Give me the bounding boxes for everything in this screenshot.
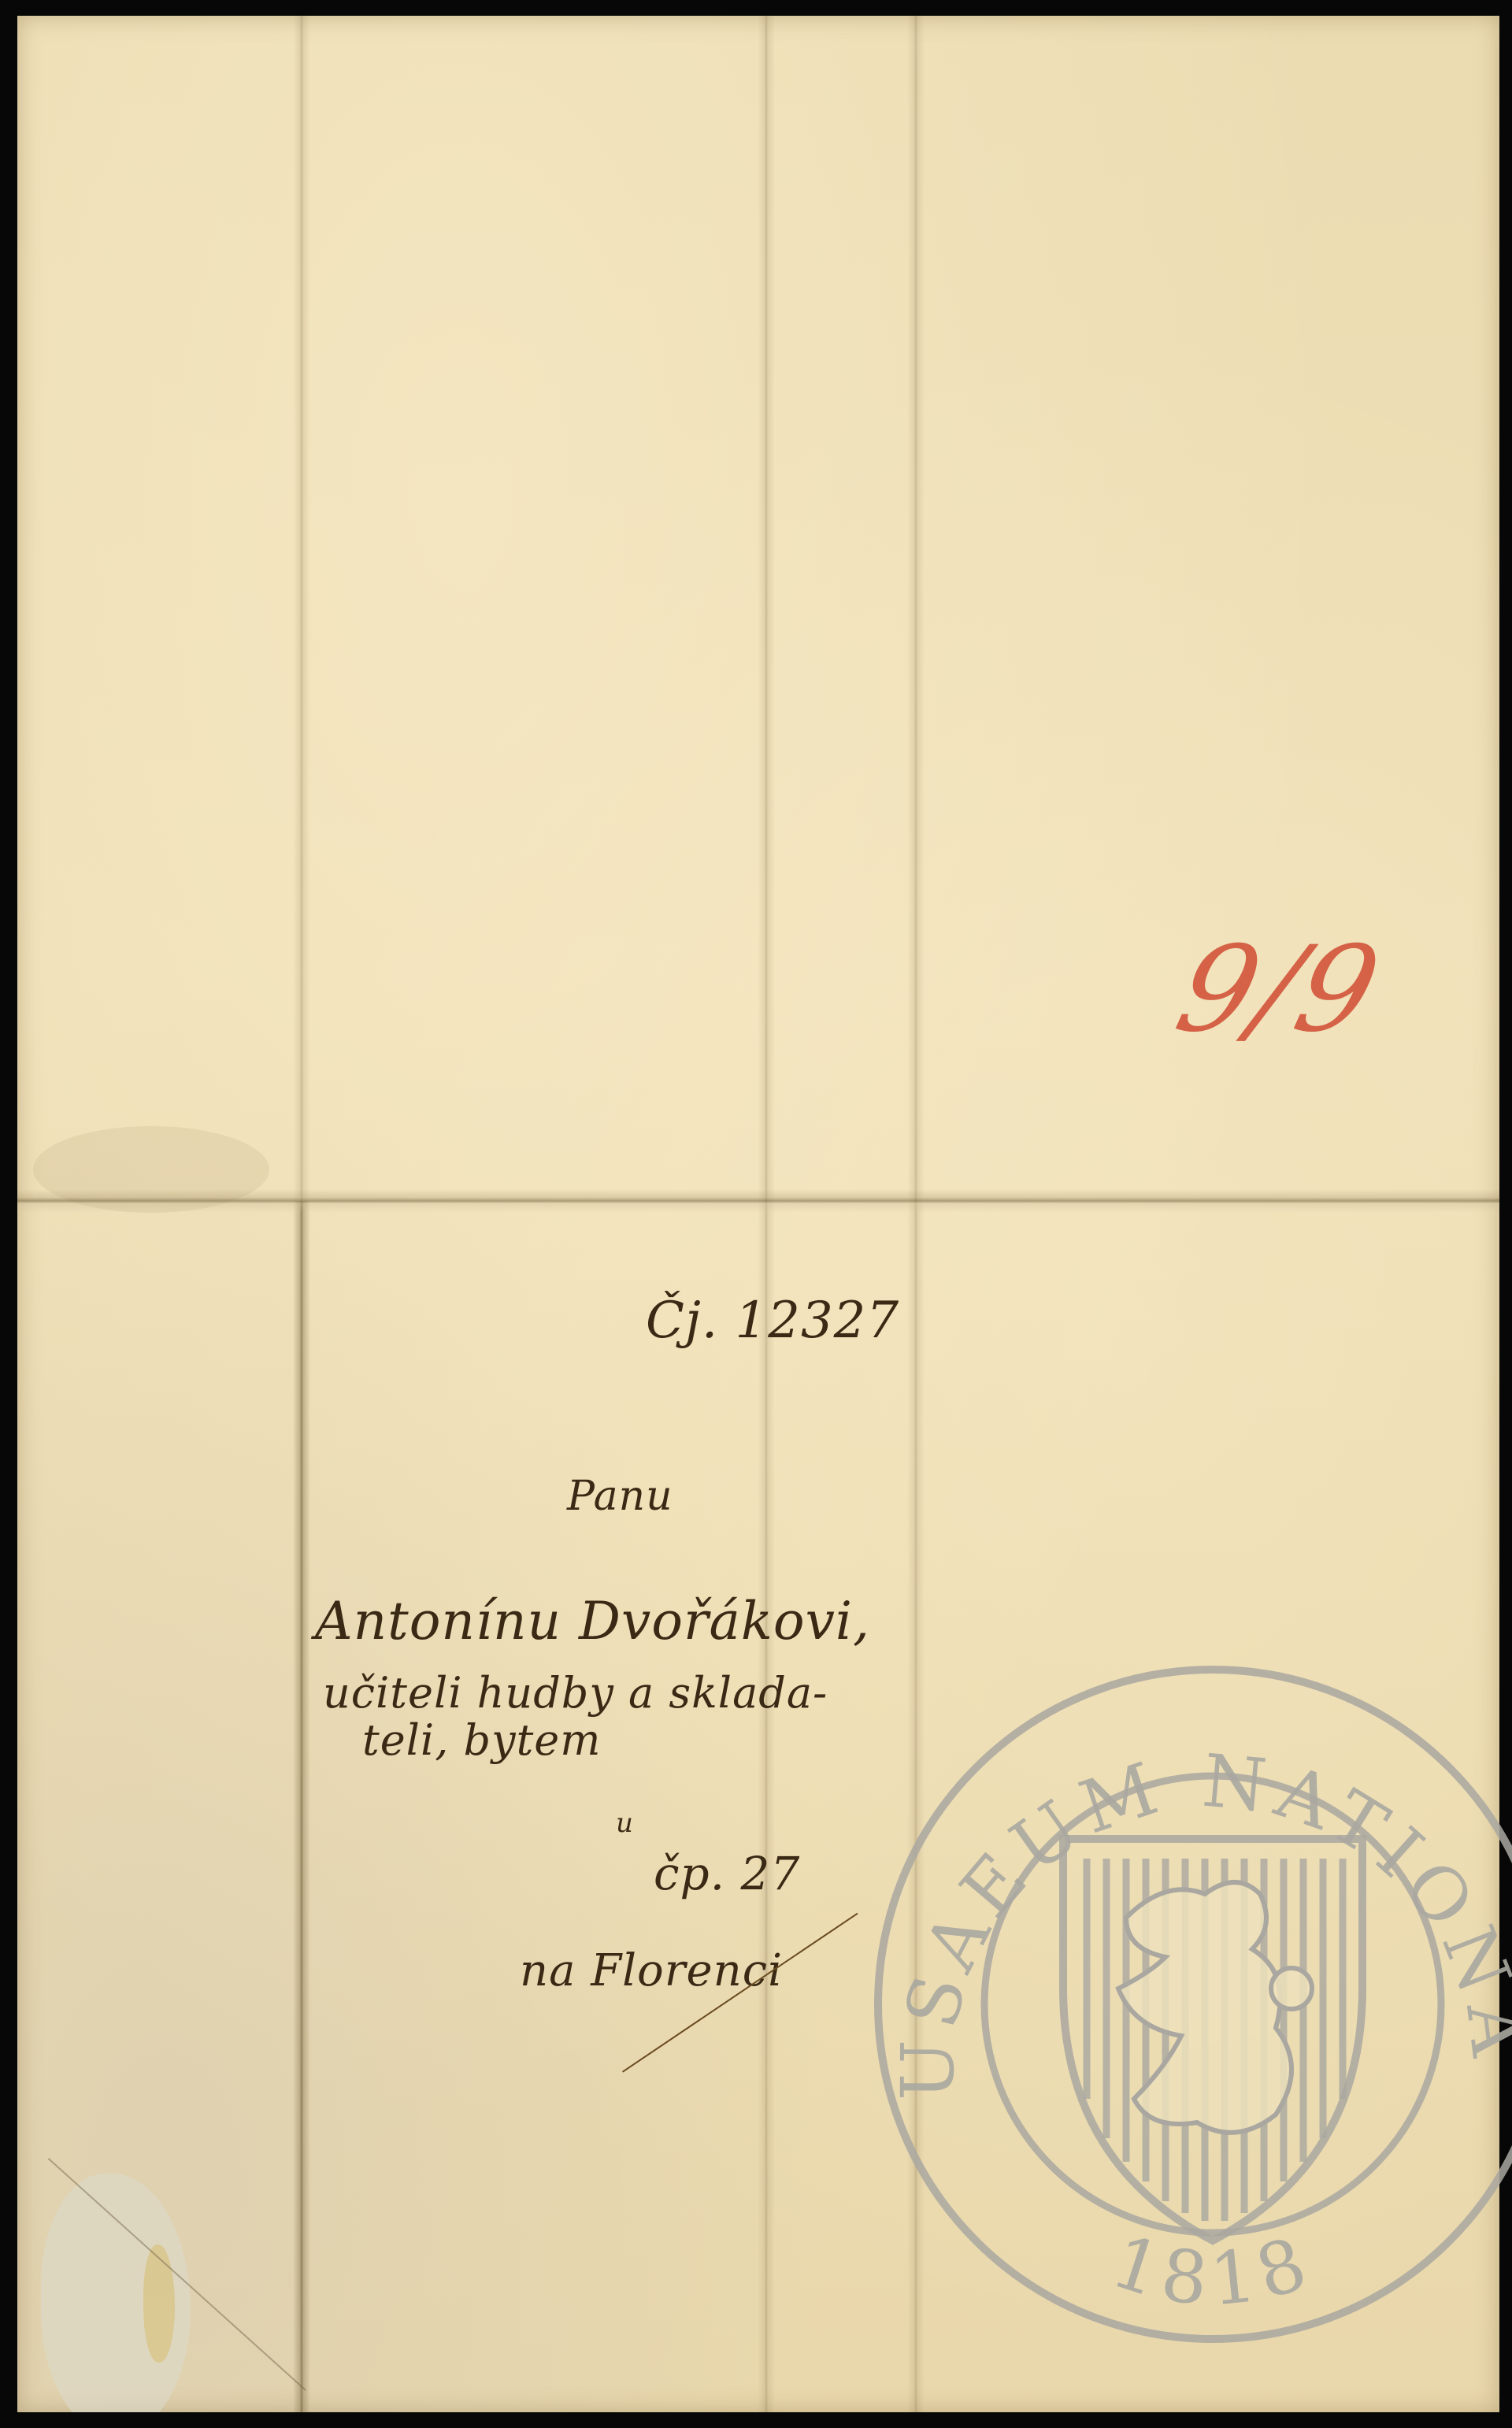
recipient-name: Antonínu Dvořákovi, <box>315 1591 870 1651</box>
house-number: čp. 27 <box>654 1847 800 1900</box>
vertical-fold-line <box>758 16 775 2412</box>
folio-mark: 9/9 <box>1164 921 1393 1058</box>
recipient-occupation-continued: teli, bytem <box>362 1715 601 1765</box>
salutation: Panu <box>567 1473 673 1520</box>
address-prefix: u <box>616 1807 634 1839</box>
document-paper <box>17 16 1499 2412</box>
vertical-fold-line <box>293 1201 310 2412</box>
horizontal-fold-line <box>17 1189 1499 1213</box>
reference-number: Čj. 12327 <box>646 1292 899 1350</box>
recipient-occupation: učiteli hudby a sklada- <box>323 1668 828 1718</box>
vertical-fold-line <box>907 16 925 2412</box>
